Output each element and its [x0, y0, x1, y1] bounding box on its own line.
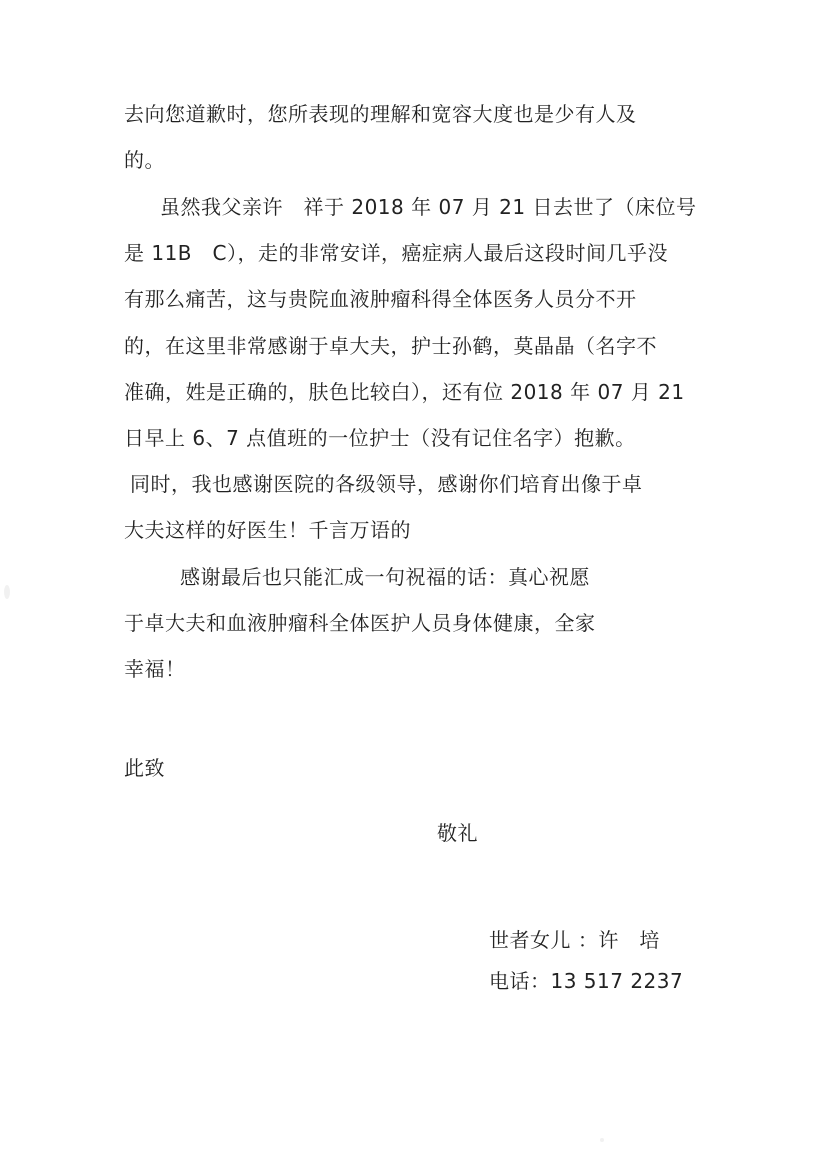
letter-line: 去向您道歉时，您所表现的理解和宽容大度也是少有人及 — [124, 101, 637, 127]
closing-salutation: 此致 — [124, 755, 165, 781]
letter-line: 有那么痛苦，这与贵院血液肿瘤科得全体医务人员分不开 — [124, 286, 637, 312]
signature-phone: 电话：13 517 2237 — [489, 968, 683, 994]
letter-line: 同时，我也感谢医院的各级领导，感谢你们培育出像于卓 — [130, 471, 643, 497]
letter-page: 去向您道歉时，您所表现的理解和宽容大度也是少有人及 的。 虽然我父亲许 祥于 2… — [0, 0, 827, 1169]
letter-line: 幸福！ — [124, 656, 186, 682]
letter-line: 准确，姓是正确的，肤色比较白），还有位 2018 年 07 月 21 — [124, 379, 685, 405]
closing-regards: 敬礼 — [437, 820, 478, 846]
letter-line: 感谢最后也只能汇成一句祝福的话：真心祝愿 — [180, 564, 590, 590]
letter-line: 的。 — [124, 147, 165, 173]
letter-line: 虽然我父亲许 祥于 2018 年 07 月 21 日去世了（床位号 — [160, 194, 696, 220]
letter-line: 于卓大夫和血液肿瘤科全体医护人员身体健康，全家 — [124, 610, 596, 636]
letter-line: 大夫这样的好医生！千言万语的 — [124, 517, 411, 543]
letter-line: 日早上 6、7 点值班的一位护士（没有记住名字）抱歉。 — [124, 425, 636, 451]
signature-signer: 世者女儿 ：许 培 — [489, 927, 660, 953]
scan-speck — [4, 585, 10, 599]
letter-line: 是 11B C），走的非常安详，癌症病人最后这段时间几乎没 — [124, 240, 668, 266]
scan-speck — [600, 1138, 604, 1142]
letter-line: 的，在这里非常感谢于卓大夫，护士孙鹤，莫晶晶（名字不 — [124, 333, 657, 359]
